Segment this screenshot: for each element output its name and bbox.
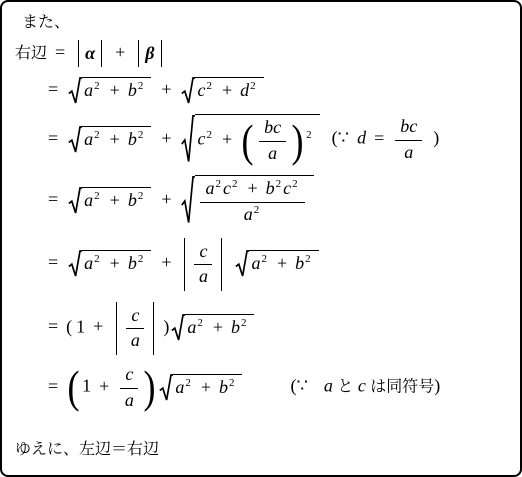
math-operator: =	[48, 316, 58, 338]
math-operator: +	[247, 178, 257, 200]
math-variable: b	[264, 117, 273, 137]
math-operator: =	[48, 189, 58, 211]
superscript: 2	[138, 253, 144, 265]
math-variable: a	[125, 390, 134, 410]
fraction: ca	[194, 241, 212, 288]
line-step-2: =a2+b2+c2+(bca)2(∵d=bca)	[48, 114, 520, 165]
square-root: c2+d2	[181, 77, 263, 105]
square-root: a2+b2	[171, 314, 254, 342]
math-variable: a	[205, 178, 214, 198]
math-text: (∵	[290, 376, 307, 396]
superscript: 2	[94, 129, 100, 141]
spacer	[349, 143, 357, 144]
math-variable: b	[128, 80, 137, 100]
math-variable: a	[244, 204, 253, 224]
radical-sign	[68, 187, 82, 215]
math-operator: +	[161, 252, 171, 274]
math-variable: a	[131, 330, 140, 350]
square-root: a2+b2	[68, 77, 151, 105]
square-root: c2+(bca)2	[181, 114, 319, 165]
math-variable: c	[223, 178, 231, 198]
math-operator: =	[48, 376, 58, 398]
square-root: a2c2+b2c2a2	[181, 175, 313, 226]
superscript: 2	[261, 253, 267, 265]
math-variable: a	[84, 129, 93, 149]
math-variable: a	[199, 266, 208, 286]
math-operator: =	[48, 79, 58, 101]
superscript: 2	[138, 190, 144, 202]
math-variable: a	[187, 317, 196, 337]
math-operator: +	[110, 253, 120, 275]
math-text: )	[434, 376, 440, 396]
math-variable: c	[197, 80, 205, 100]
math-variable: α	[85, 43, 95, 63]
line-step-1: =a2+b2+c2+d2	[48, 77, 520, 105]
line-step-3: =a2+b2+a2c2+b2c2a2	[48, 175, 520, 226]
fraction: ca	[120, 364, 138, 411]
math-variable: a	[324, 376, 333, 396]
math-text: )	[163, 316, 169, 336]
math-variable: a	[175, 377, 184, 397]
math-operator: +	[213, 317, 223, 339]
math-operator: +	[110, 80, 120, 102]
math-variable: c	[199, 241, 207, 261]
math-operator: =	[48, 252, 58, 274]
radical-sign	[68, 77, 82, 105]
math-operator: +	[222, 129, 232, 151]
left-paren: (	[68, 368, 80, 406]
math-operator: +	[201, 377, 211, 399]
line-rhs-definition: 右辺=α+β	[15, 40, 520, 68]
absolute-value-bars: β	[138, 40, 161, 68]
superscript: 2	[94, 253, 100, 265]
math-variable: a	[84, 190, 93, 210]
japanese-text: 右辺	[15, 45, 47, 62]
fraction: bca	[395, 116, 422, 163]
square-root: a2+b2	[235, 250, 318, 278]
superscript: 2	[250, 80, 256, 92]
math-text: (	[66, 316, 72, 336]
math-variable: d	[240, 80, 249, 100]
spacer	[227, 267, 233, 268]
math-variable: c	[197, 129, 205, 149]
superscript: 2	[185, 377, 191, 389]
math-text: )	[433, 128, 439, 148]
big-parentheses: (bca)	[240, 117, 305, 164]
superscript: 2	[138, 129, 144, 141]
math-variable: β	[145, 43, 154, 63]
absolute-value-bars: α	[78, 40, 102, 68]
math-operator: +	[99, 376, 109, 398]
superscript: 2	[94, 80, 100, 92]
superscript: 2	[229, 377, 235, 389]
fraction: a2c2+b2c2a2	[200, 178, 304, 225]
math-operator: +	[161, 79, 171, 101]
math-variable: c	[125, 364, 133, 384]
fraction: ca	[126, 305, 144, 352]
radical-sign	[181, 114, 195, 165]
right-paren: )	[144, 368, 156, 406]
math-variable: b	[295, 253, 304, 273]
math-operator: +	[110, 129, 120, 151]
math-variable: b	[400, 116, 409, 136]
math-variable: c	[358, 376, 366, 396]
math-variable: b	[266, 178, 275, 198]
math-variable: c	[283, 178, 291, 198]
math-variable: a	[84, 80, 93, 100]
math-proof: また、右辺=α+β=a2+b2+c2+d2=a2+b2+c2+(bca)2(∵d…	[2, 11, 520, 460]
radical-sign	[181, 175, 195, 226]
math-operator: +	[115, 42, 125, 64]
math-variable: b	[128, 129, 137, 149]
math-operator: +	[93, 316, 103, 338]
superscript: 2	[94, 190, 100, 202]
math-text: 1	[76, 316, 85, 336]
radical-sign	[235, 250, 249, 278]
absolute-value-bars: ca	[184, 238, 222, 291]
spacer	[244, 391, 290, 392]
math-variable: a	[84, 253, 93, 273]
superscript: 2	[206, 80, 212, 92]
superscript: 2	[305, 253, 311, 265]
superscript: 2	[254, 204, 260, 216]
japanese-text: は同符号	[366, 379, 434, 396]
math-text: (∵	[332, 128, 349, 148]
square-root: a2+b2	[68, 126, 151, 154]
japanese-text: また、	[22, 14, 70, 31]
spacer	[308, 391, 324, 392]
math-variable: b	[219, 377, 228, 397]
spacer	[322, 143, 332, 144]
math-variable: b	[128, 253, 137, 273]
math-variable: c	[273, 117, 281, 137]
line-conclusion: ゆえに、左辺＝右辺	[15, 438, 520, 460]
fraction: bca	[259, 117, 286, 164]
superscript: 2	[241, 317, 247, 329]
superscript: 2	[276, 178, 282, 190]
absolute-value-bars: ca	[116, 302, 154, 355]
line-step-6: =(1+ca)a2+b2(∵a と c は同符号)	[48, 364, 520, 411]
math-variable: a	[251, 253, 260, 273]
math-variable: b	[231, 317, 240, 337]
math-operator: +	[161, 128, 171, 150]
math-variable: c	[409, 116, 417, 136]
math-variable: b	[128, 190, 137, 210]
math-operator: =	[48, 128, 58, 150]
big-parentheses: (1+ca)	[66, 364, 157, 411]
line-step-5: =(1+ca)a2+b2	[48, 302, 520, 355]
superscript: 2	[306, 129, 312, 141]
superscript: 2	[292, 178, 298, 190]
radical-sign	[68, 126, 82, 154]
math-variable: c	[131, 305, 139, 325]
math-operator: +	[161, 189, 171, 211]
line-step-4: =a2+b2+caa2+b2	[48, 238, 520, 291]
math-operator: +	[110, 190, 120, 212]
superscript: 2	[138, 80, 144, 92]
superscript: 2	[215, 178, 221, 190]
math-variable: d	[357, 128, 366, 148]
superscript: 2	[206, 129, 212, 141]
left-paren: (	[242, 122, 254, 160]
japanese-text: ゆえに、左辺＝右辺	[15, 441, 159, 458]
superscript: 2	[197, 317, 203, 329]
radical-sign	[68, 250, 82, 278]
math-variable: a	[404, 142, 413, 162]
square-root: a2+b2	[68, 250, 151, 278]
line-mata: また、	[22, 11, 520, 33]
radical-sign	[181, 77, 195, 105]
document-frame: また、右辺=α+β=a2+b2+c2+d2=a2+b2+c2+(bca)2(∵d…	[0, 0, 522, 477]
radical-sign	[171, 314, 185, 342]
japanese-text: と	[333, 379, 358, 396]
math-operator: +	[277, 253, 287, 275]
right-paren: )	[292, 122, 304, 160]
radical-sign	[159, 374, 173, 402]
math-operator: =	[55, 42, 65, 64]
math-operator: +	[222, 80, 232, 102]
math-operator: =	[374, 128, 384, 150]
superscript: 2	[232, 178, 238, 190]
square-root: a2+b2	[68, 187, 151, 215]
square-root: a2+b2	[159, 374, 242, 402]
math-text: 1	[82, 376, 91, 396]
math-variable: a	[268, 143, 277, 163]
